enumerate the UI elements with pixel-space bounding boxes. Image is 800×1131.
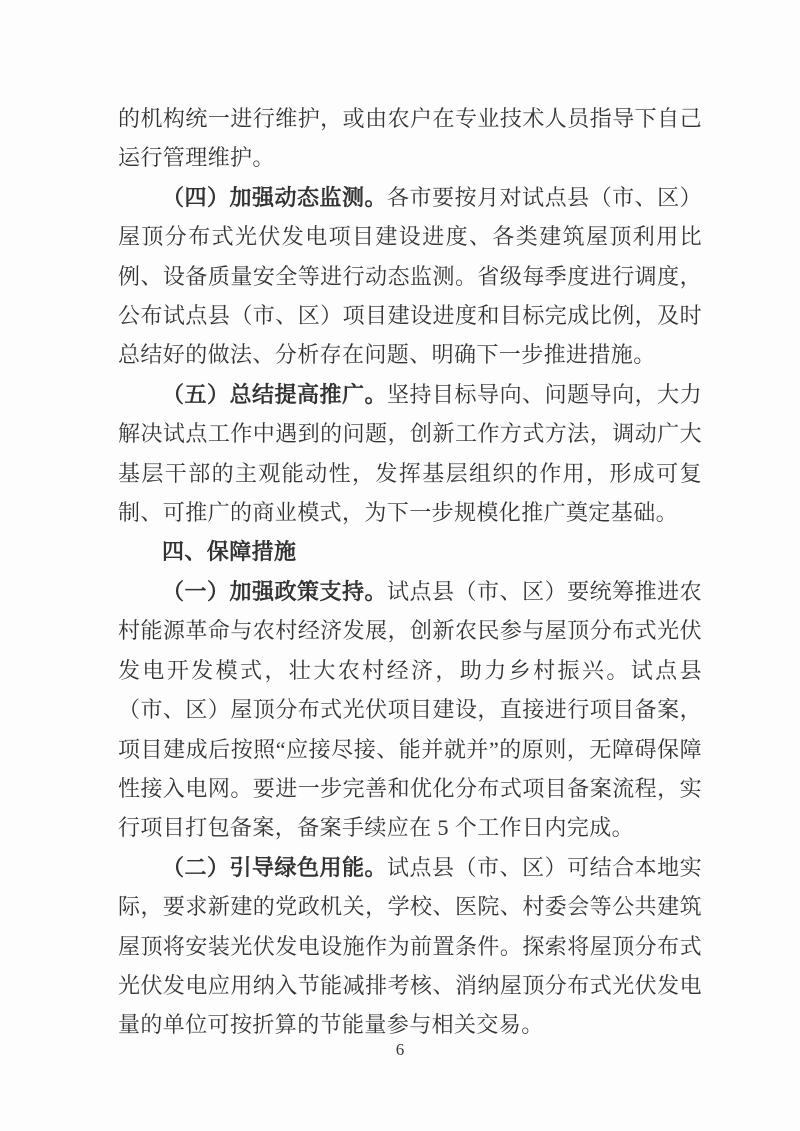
paragraph-lead: （二）引导绿色用能。 (162, 855, 387, 880)
page-number: 6 (0, 1040, 800, 1060)
paragraph-lead: （一）加强政策支持。 (162, 579, 387, 604)
paragraph-text: 试点县（市、区）要统筹推进农村能源革命与农村经济发展，创新农民参与屋顶分布式光伏… (118, 579, 702, 840)
paragraph-section-5-promotion: （五）总结提高推广。坚持目标导向、问题导向，大力解决试点工作中遇到的问题，创新工… (118, 375, 702, 533)
paragraph-text: 试点县（市、区）可结合本地实际，要求新建的党政机关，学校、医院、村委会等公共建筑… (118, 855, 702, 1038)
paragraph-text: 的机构统一进行维护，或由农户在专业技术人员指导下自己运行管理维护。 (118, 106, 702, 170)
paragraph-lead: （五）总结提高推广。 (162, 382, 387, 407)
paragraph-section-4-monitoring: （四）加强动态监测。各市要按月对试点县（市、区）屋顶分布式光伏发电项目建设进度、… (118, 178, 702, 375)
section-heading-text: 四、保障措施 (162, 539, 296, 564)
document-page: 的机构统一进行维护，或由农户在专业技术人员指导下自己运行管理维护。 （四）加强动… (0, 0, 800, 1131)
paragraph-item-1-policy-support: （一）加强政策支持。试点县（市、区）要统筹推进农村能源革命与农村经济发展，创新农… (118, 572, 702, 848)
paragraph-continuation: 的机构统一进行维护，或由农户在专业技术人员指导下自己运行管理维护。 (118, 99, 702, 178)
section-heading-safeguard-measures: 四、保障措施 (118, 532, 702, 571)
paragraph-lead: （四）加强动态监测。 (162, 185, 387, 210)
paragraph-item-2-green-energy: （二）引导绿色用能。试点县（市、区）可结合本地实际，要求新建的党政机关，学校、医… (118, 848, 702, 1045)
paragraph-text: 各市要按月对试点县（市、区）屋顶分布式光伏发电项目建设进度、各类建筑屋顶利用比例… (118, 185, 702, 368)
document-body: 的机构统一进行维护，或由农户在专业技术人员指导下自己运行管理维护。 （四）加强动… (118, 99, 702, 1045)
